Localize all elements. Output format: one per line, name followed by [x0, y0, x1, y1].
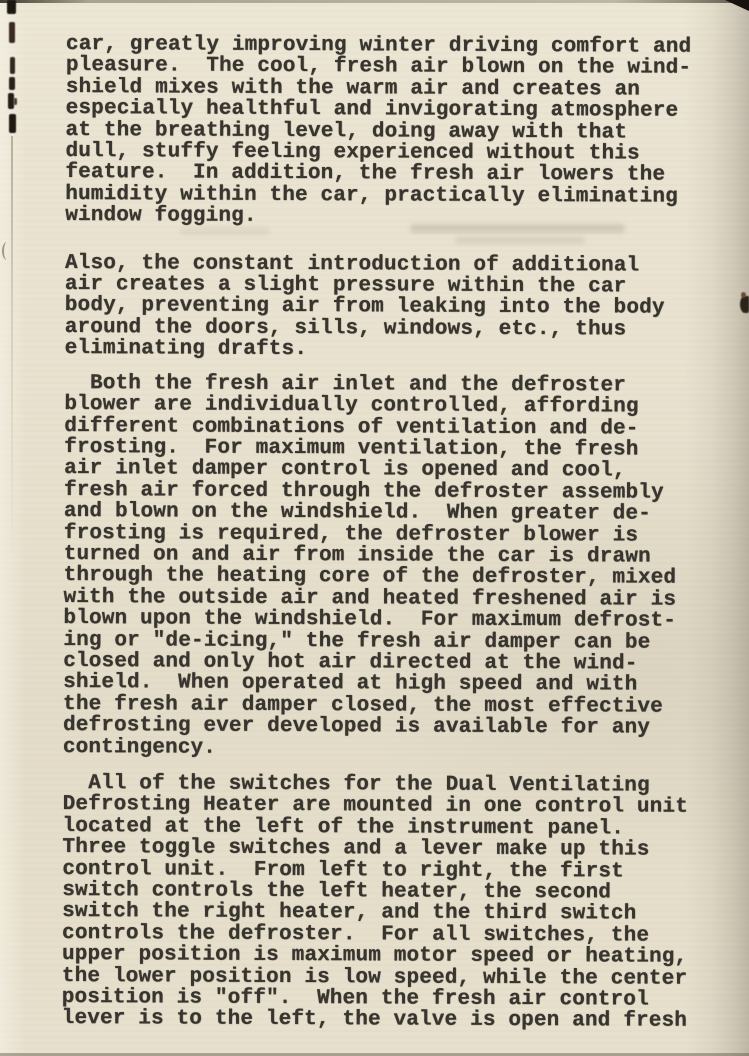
paragraph: Also, the constant introduction of addit… [65, 253, 691, 363]
binding-mark [7, 0, 16, 14]
scanned-page: car, greatly improving winter driving co… [0, 0, 749, 1056]
typewritten-text-block: car, greatly improving winter driving co… [62, 34, 692, 1033]
binding-mark [9, 77, 15, 90]
binding-mark [9, 114, 16, 133]
page-right-shadow [685, 0, 749, 1056]
binding-mark [9, 22, 15, 43]
page-edge-ink-spot-tip [741, 292, 746, 298]
scan-top-edge [0, 0, 749, 3]
page-crease-line [11, 136, 13, 556]
page-edge-ink-spot [740, 296, 749, 313]
paragraph: Both the fresh air inlet and the defrost… [63, 373, 690, 761]
page-edge-curl-mark [2, 242, 12, 260]
binding-mark [14, 98, 17, 105]
paragraph: All of the switches for the Dual Ventila… [62, 773, 688, 1033]
paragraph: car, greatly improving winter driving co… [65, 34, 691, 229]
binding-mark [10, 57, 15, 74]
page-left-highlight [0, 0, 26, 1056]
